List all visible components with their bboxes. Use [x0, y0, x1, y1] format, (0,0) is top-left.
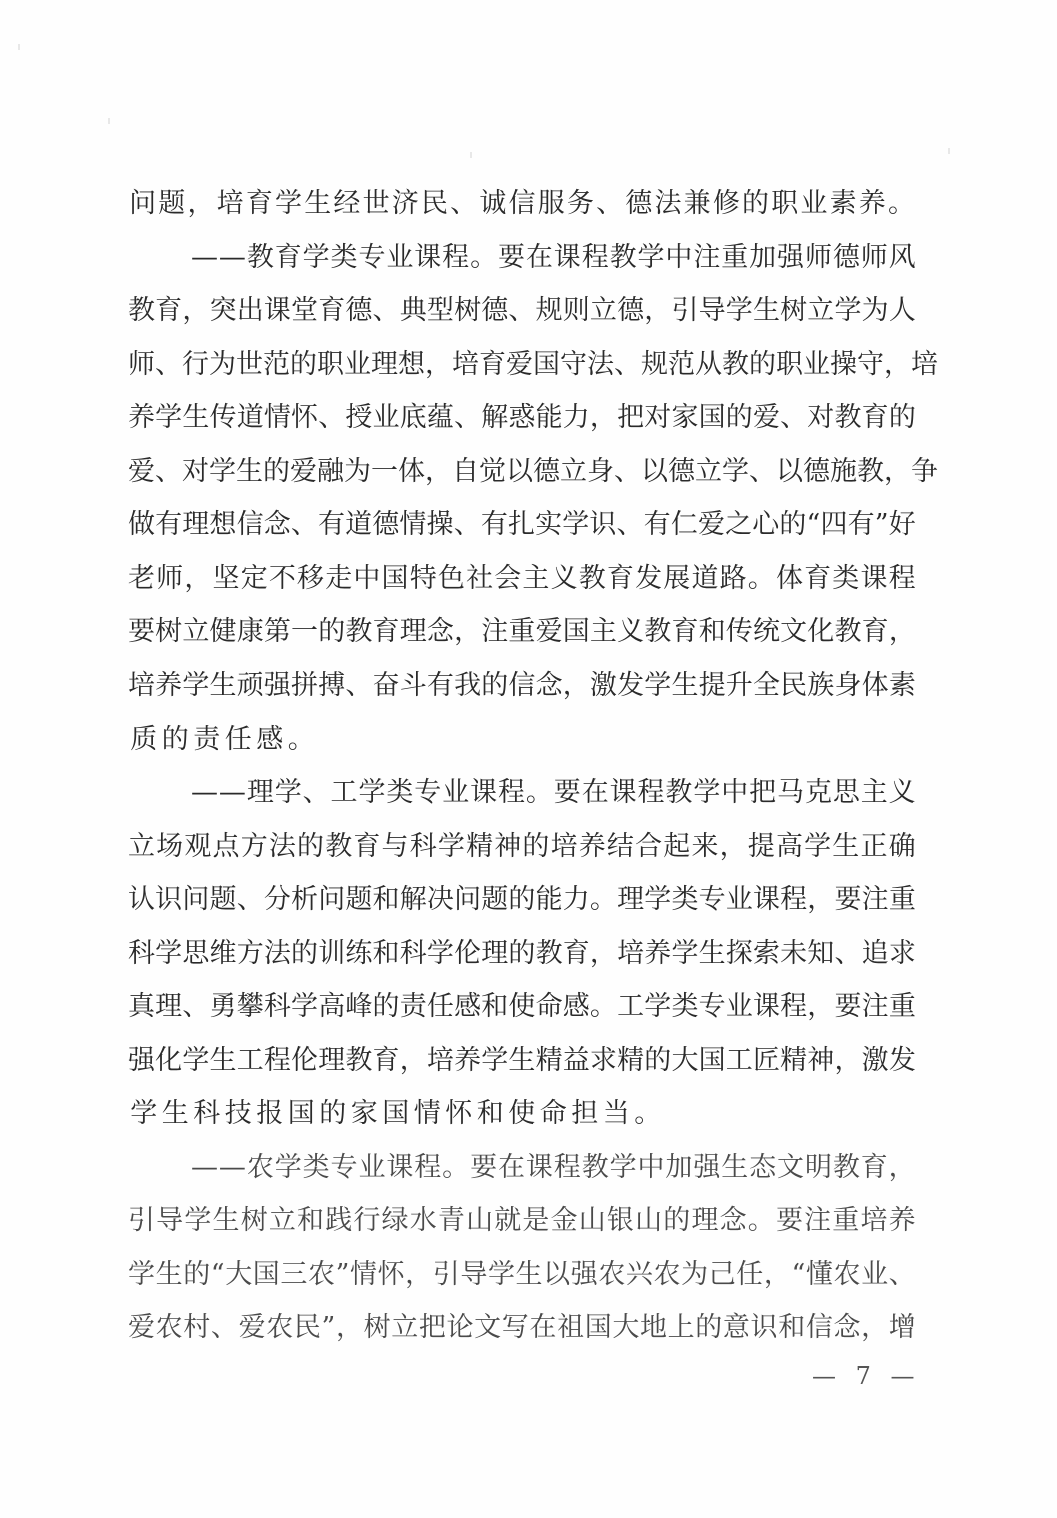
text-line: 质的责任感。 — [128, 722, 916, 758]
text-line: 爱、对学生的爱融为一体，自觉以德立身、以德立学、以德施教，争 — [128, 454, 916, 490]
text-line: 真理、勇攀科学高峰的责任感和使命感。工学类专业课程，要注重 — [128, 989, 916, 1025]
text-line: 做有理想信念、有道德情操、有扎实学识、有仁爱之心的“四有”好 — [128, 507, 916, 543]
text-line: 引导学生树立和践行绿水青山就是金山银山的理念。要注重培养 — [128, 1203, 916, 1239]
text-line: 老师，坚定不移走中国特色社会主义教育发展道路。体育类课程 — [128, 561, 916, 597]
text-line: 强化学生工程伦理教育，培养学生精益求精的大国工匠精神，激发 — [128, 1043, 916, 1079]
scan-speck — [948, 148, 950, 154]
text-line: ——理学、工学类专业课程。要在课程教学中把马克思主义 — [191, 775, 916, 811]
text-line: 科学思维方法的训练和科学伦理的教育，培养学生探索未知、追求 — [128, 936, 916, 972]
text-line: 立场观点方法的教育与科学精神的培养结合起来，提高学生正确 — [128, 829, 916, 865]
text-line: 要树立健康第一的教育理念，注重爱国主义教育和传统文化教育， — [128, 614, 916, 650]
scan-speck — [18, 44, 20, 50]
page-number: — 7 — — [812, 1362, 921, 1390]
text-line: 养学生传道情怀、授业底蕴、解惑能力，把对家国的爱、对教育的 — [128, 400, 916, 436]
text-line: 问题，培育学生经世济民、诚信服务、德法兼修的职业素养。 — [128, 186, 916, 222]
text-line: 爱农村、爱农民”，树立把论文写在祖国大地上的意识和信念，增 — [128, 1310, 916, 1346]
scan-speck — [470, 152, 472, 158]
text-line: 学生科技报国的家国情怀和使命担当。 — [128, 1096, 916, 1132]
text-line: 认识问题、分析问题和解决问题的能力。理学类专业课程，要注重 — [128, 882, 916, 918]
text-line: ——教育学类专业课程。要在课程教学中注重加强师德师风 — [191, 240, 916, 276]
scan-speck — [108, 118, 110, 124]
text-line: 培养学生顽强拼搏、奋斗有我的信念，激发学生提升全民族身体素 — [128, 668, 916, 704]
text-line: 学生的“大国三农”情怀，引导学生以强农兴农为己任，“懂农业、 — [128, 1257, 916, 1293]
document-page: 问题，培育学生经世济民、诚信服务、德法兼修的职业素养。——教育学类专业课程。要在… — [0, 0, 1057, 1518]
text-line: 教育，突出课堂育德、典型树德、规则立德，引导学生树立学为人 — [128, 293, 916, 329]
text-line: ——农学类专业课程。要在课程教学中加强生态文明教育， — [191, 1150, 916, 1186]
text-line: 师、行为世范的职业理想，培育爱国守法、规范从教的职业操守，培 — [128, 347, 916, 383]
